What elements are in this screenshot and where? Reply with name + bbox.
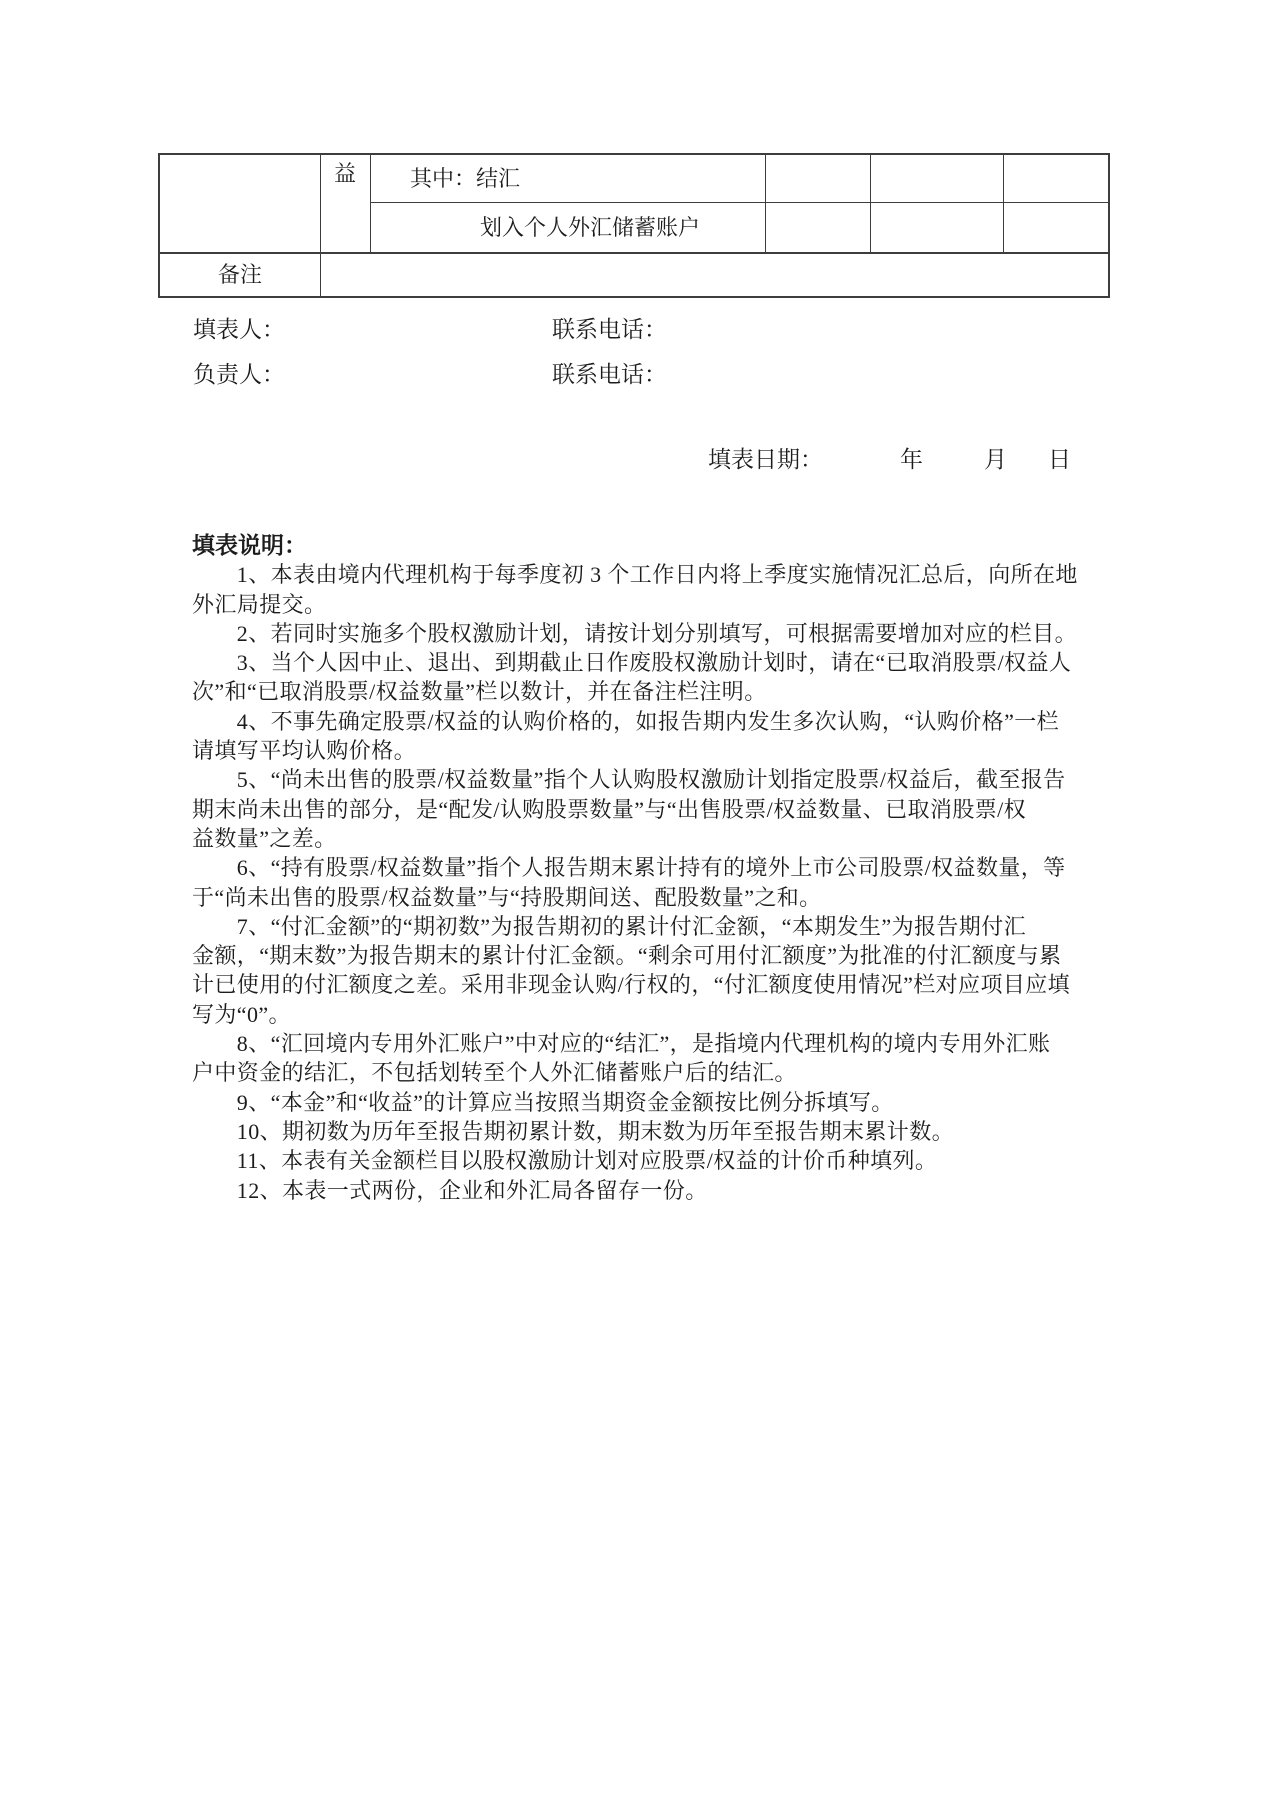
note-line: 金额，“期末数”为报告期末的累计付汇金额。“剩余可用付汇额度”为批准的付汇额度与… (192, 941, 1112, 970)
table-vertical-line (765, 155, 766, 252)
document-page: 益 其中：结汇 划入个人外汇储蓄账户 备注 填表人： 联系电话： 负责人： 联系… (0, 0, 1269, 1794)
note-line: 写为“0”。 (192, 1000, 1112, 1029)
summary-table: 益 其中：结汇 划入个人外汇储蓄账户 备注 (158, 153, 1110, 298)
note-line: 期末尚未出售的部分，是“配发/认购股票数量”与“出售股票/权益数量、已取消股票/… (192, 795, 1112, 824)
note-line: 2、若同时实施多个股权激励计划，请按计划分别填写，可根据需要增加对应的栏目。 (192, 619, 1112, 648)
note-line: 12、本表一式两份，企业和外汇局各留存一份。 (192, 1176, 1112, 1205)
note-line: 10、期初数为历年至报告期初累计数，期末数为历年至报告期末累计数。 (192, 1117, 1112, 1146)
note-line: 9、“本金”和“收益”的计算应当按照当期资金金额按比例分拆填写。 (192, 1088, 1112, 1117)
table-vertical-line (870, 155, 871, 252)
note-line: 计已使用的付汇额度之差。采用非现金认购/行权的，“付汇额度使用情况”栏对应项目应… (192, 970, 1112, 999)
note-line: 于“尚未出售的股票/权益数量”与“持股期间送、配股数量”之和。 (192, 883, 1112, 912)
responsible-person-label: 负责人： (193, 356, 285, 389)
note-line: 3、当个人因中止、退出、到期截止日作废股权激励计划时，请在“已取消股票/权益人 (192, 648, 1112, 677)
month-label: 月 (984, 441, 1007, 474)
note-line: 7、“付汇金额”的“期初数”为报告期初的累计付汇金额，“本期发生”为报告期付汇 (192, 912, 1112, 941)
note-line: 5、“尚未出售的股票/权益数量”指个人认购股权激励计划指定股票/权益后，截至报告 (192, 765, 1112, 794)
table-vertical-line (1003, 155, 1004, 252)
note-line: 4、不事先确定股票/权益的认购价格的，如报告期内发生多次认购，“认购价格”一栏 (192, 707, 1112, 736)
manager-phone-label: 联系电话： (552, 356, 667, 389)
note-line: 次”和“已取消股票/权益数量”栏以数计，并在备注栏注明。 (192, 677, 1112, 706)
note-line: 6、“持有股票/权益数量”指个人报告期末累计持有的境外上市公司股票/权益数量，等 (192, 853, 1112, 882)
notes-section: 填表说明： 1、本表由境内代理机构于每季度初 3 个工作日内将上季度实施情况汇总… (192, 531, 1112, 1205)
note-line: 8、“汇回境内专用外汇账户”中对应的“结汇”，是指境内代理机构的境内专用外汇账 (192, 1029, 1112, 1058)
remark-label: 备注 (160, 262, 320, 288)
table-horizontal-line (160, 252, 1108, 254)
form-filler-label: 填表人： (193, 311, 285, 344)
transfer-to-personal-account-label: 划入个人外汇储蓄账户 (480, 215, 700, 241)
year-label: 年 (900, 441, 923, 474)
fill-date-label: 填表日期： (708, 441, 823, 474)
notes-title: 填表说明： (192, 531, 1112, 560)
note-line: 请填写平均认购价格。 (192, 736, 1112, 765)
note-line: 1、本表由境内代理机构于每季度初 3 个工作日内将上季度实施情况汇总后，向所在地 (192, 560, 1112, 589)
benefit-label: 益 (320, 161, 370, 187)
table-vertical-line (370, 155, 371, 252)
day-label: 日 (1048, 441, 1071, 474)
note-line: 户中资金的结汇，不包括划转至个人外汇储蓄账户后的结汇。 (192, 1058, 1112, 1087)
note-line: 益数量”之差。 (192, 824, 1112, 853)
note-line: 外汇局提交。 (192, 590, 1112, 619)
filler-phone-label: 联系电话： (552, 311, 667, 344)
table-horizontal-line (370, 202, 1108, 203)
note-line: 11、本表有关金额栏目以股权激励计划对应股票/权益的计价币种填列。 (192, 1146, 1112, 1175)
whereof-settlement-label: 其中：结汇 (410, 166, 520, 192)
